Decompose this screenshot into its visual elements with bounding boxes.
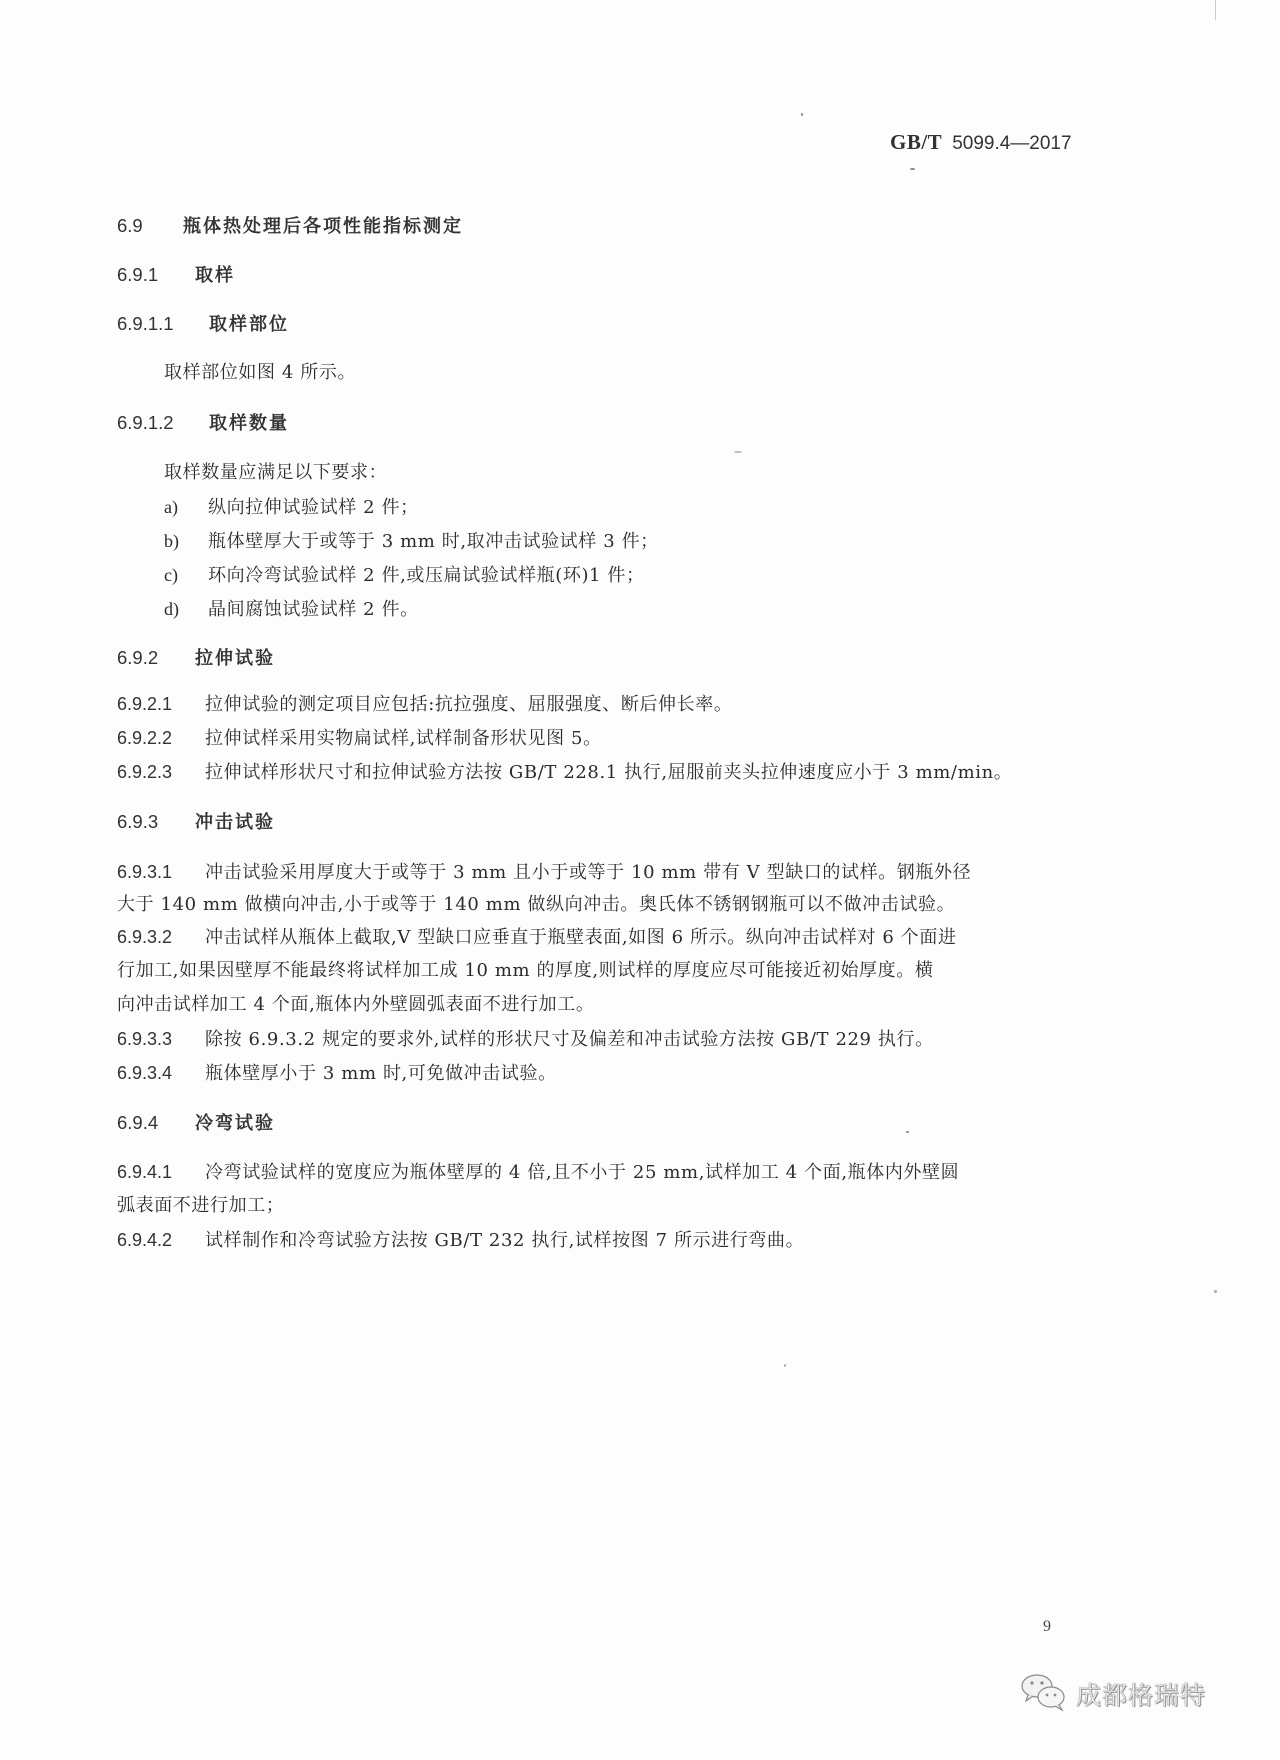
paragraph-sampling-quantity-intro: 取样数量应满足以下要求： bbox=[164, 461, 387, 485]
clause-text: 拉伸试样采用实物扁试样,试样制备形状见图 5。 bbox=[205, 728, 602, 749]
clause-text: 瓶体壁厚小于 3 mm 时,可免做冲击试验。 bbox=[205, 1063, 557, 1084]
clause-title: 取样 bbox=[195, 265, 235, 286]
clause-6-9-3-2-continuation: 行加工,如果因壁厚不能最终将试样加工成 10 mm 的厚度,则试样的厚度应尽可能… bbox=[117, 959, 933, 983]
list-item: a)纵向拉伸试验试样 2 件； bbox=[164, 495, 419, 519]
clause-number: 6.9.3.2 bbox=[117, 925, 205, 949]
clause-6-9-4-1-continuation: 弧表面不进行加工； bbox=[117, 1194, 284, 1218]
clause-6-9-3-1-continuation: 大于 140 mm 做横向冲击,小于或等于 140 mm 做纵向冲击。奥氏体不锈… bbox=[117, 893, 955, 917]
clause-6-9-3-3: 6.9.3.3除按 6.9.3.2 规定的要求外,试样的形状尺寸及偏差和冲击试验… bbox=[117, 1027, 934, 1051]
scan-speck bbox=[910, 168, 915, 170]
clause-number: 6.9.2.2 bbox=[117, 726, 205, 750]
list-item-text: 环向冷弯试验试样 2 件,或压扁试验试样瓶(环)1 件； bbox=[208, 565, 645, 586]
clause-number: 6.9.1 bbox=[117, 263, 195, 287]
heading-6-9-2: 6.9.2拉伸试验 bbox=[117, 646, 275, 670]
scan-edge-mark bbox=[1215, 0, 1216, 20]
watermark: 成都格瑞特 bbox=[1020, 1672, 1206, 1716]
heading-6-9: 6.9瓶体热处理后各项性能指标测定 bbox=[117, 214, 463, 238]
clause-title: 冲击试验 bbox=[195, 812, 275, 833]
clause-text: 冷弯试验试样的宽度应为瓶体壁厚的 4 倍,且不小于 25 mm,试样加工 4 个… bbox=[205, 1162, 959, 1183]
clause-number: 6.9.3.1 bbox=[117, 860, 205, 884]
clause-number: 6.9.3 bbox=[117, 810, 195, 834]
scan-speck bbox=[1214, 1290, 1217, 1293]
clause-6-9-4-2: 6.9.4.2试样制作和冷弯试验方法按 GB/T 232 执行,试样按图 7 所… bbox=[117, 1228, 804, 1252]
list-item-label: b) bbox=[164, 529, 208, 553]
clause-number: 6.9.3.4 bbox=[117, 1061, 205, 1085]
clause-6-9-4-1: 6.9.4.1冷弯试验试样的宽度应为瓶体壁厚的 4 倍,且不小于 25 mm,试… bbox=[117, 1160, 959, 1184]
scan-speck bbox=[801, 113, 803, 116]
clause-number: 6.9.2 bbox=[117, 646, 195, 670]
wechat-icon bbox=[1020, 1672, 1068, 1716]
clause-text: 拉伸试验的测定项目应包括:抗拉强度、屈服强度、断后伸长率。 bbox=[205, 694, 732, 715]
clause-text: 冲击试样从瓶体上截取,V 型缺口应垂直于瓶壁表面,如图 6 所示。纵向冲击试样对… bbox=[205, 927, 957, 948]
list-item-label: c) bbox=[164, 563, 208, 587]
clause-number: 6.9.1.1 bbox=[117, 312, 209, 336]
list-item-text: 瓶体壁厚大于或等于 3 mm 时,取冲击试验试样 3 件； bbox=[208, 531, 659, 552]
clause-6-9-2-1: 6.9.2.1拉伸试验的测定项目应包括:抗拉强度、屈服强度、断后伸长率。 bbox=[117, 692, 732, 716]
watermark-text: 成都格瑞特 bbox=[1076, 1676, 1206, 1712]
clause-6-9-2-2: 6.9.2.2拉伸试样采用实物扁试样,试样制备形状见图 5。 bbox=[117, 726, 602, 750]
list-item-text: 纵向拉伸试验试样 2 件； bbox=[208, 497, 419, 518]
scan-speck bbox=[734, 451, 742, 453]
clause-6-9-3-1: 6.9.3.1冲击试验采用厚度大于或等于 3 mm 且小于或等于 10 mm 带… bbox=[117, 860, 971, 884]
clause-title: 取样数量 bbox=[209, 413, 289, 434]
scan-speck bbox=[906, 1131, 909, 1133]
clause-6-9-3-4: 6.9.3.4瓶体壁厚小于 3 mm 时,可免做冲击试验。 bbox=[117, 1061, 557, 1085]
standard-number: 5099.4—2017 bbox=[952, 133, 1071, 154]
clause-title: 取样部位 bbox=[209, 314, 289, 335]
clause-text: 除按 6.9.3.2 规定的要求外,试样的形状尺寸及偏差和冲击试验方法按 GB/… bbox=[205, 1029, 934, 1050]
clause-number: 6.9.1.2 bbox=[117, 411, 209, 435]
clause-number: 6.9.2.1 bbox=[117, 692, 205, 716]
clause-number: 6.9.4.1 bbox=[117, 1160, 205, 1184]
heading-6-9-1-1: 6.9.1.1取样部位 bbox=[117, 312, 289, 336]
list-item: c)环向冷弯试验试样 2 件,或压扁试验试样瓶(环)1 件； bbox=[164, 563, 645, 587]
clause-number: 6.9.3.3 bbox=[117, 1027, 205, 1051]
scan-speck bbox=[784, 1364, 786, 1367]
standard-code-header: GB/T5099.4—2017 bbox=[890, 130, 1072, 155]
clause-number: 6.9.4.2 bbox=[117, 1228, 205, 1252]
list-item-text: 晶间腐蚀试验试样 2 件。 bbox=[208, 599, 419, 620]
heading-6-9-3: 6.9.3冲击试验 bbox=[117, 810, 275, 834]
paragraph-sampling-location: 取样部位如图 4 所示。 bbox=[164, 361, 356, 385]
clause-6-9-3-2: 6.9.3.2冲击试样从瓶体上截取,V 型缺口应垂直于瓶壁表面,如图 6 所示。… bbox=[117, 925, 957, 949]
clause-title: 冷弯试验 bbox=[195, 1113, 275, 1134]
clause-title: 瓶体热处理后各项性能指标测定 bbox=[183, 216, 463, 237]
heading-6-9-1: 6.9.1取样 bbox=[117, 263, 235, 287]
clause-number: 6.9.2.3 bbox=[117, 760, 205, 784]
clause-number: 6.9 bbox=[117, 214, 183, 238]
heading-6-9-4: 6.9.4冷弯试验 bbox=[117, 1111, 275, 1135]
list-item: b)瓶体壁厚大于或等于 3 mm 时,取冲击试验试样 3 件； bbox=[164, 529, 659, 553]
list-item: d)晶间腐蚀试验试样 2 件。 bbox=[164, 597, 419, 621]
heading-6-9-1-2: 6.9.1.2取样数量 bbox=[117, 411, 289, 435]
list-item-label: a) bbox=[164, 495, 208, 519]
clause-title: 拉伸试验 bbox=[195, 648, 275, 669]
clause-text: 拉伸试样形状尺寸和拉伸试验方法按 GB/T 228.1 执行,屈服前夹头拉伸速度… bbox=[205, 762, 1012, 783]
list-item-label: d) bbox=[164, 597, 208, 621]
clause-number: 6.9.4 bbox=[117, 1111, 195, 1135]
standard-prefix: GB/T bbox=[890, 130, 942, 154]
clause-6-9-3-2-continuation: 向冲击试样加工 4 个面,瓶体内外壁圆弧表面不进行加工。 bbox=[117, 993, 594, 1017]
clause-text: 试样制作和冷弯试验方法按 GB/T 232 执行,试样按图 7 所示进行弯曲。 bbox=[205, 1230, 804, 1251]
clause-6-9-2-3: 6.9.2.3拉伸试样形状尺寸和拉伸试验方法按 GB/T 228.1 执行,屈服… bbox=[117, 760, 1012, 784]
clause-text: 冲击试验采用厚度大于或等于 3 mm 且小于或等于 10 mm 带有 V 型缺口… bbox=[205, 862, 971, 883]
page-number: 9 bbox=[1043, 1618, 1051, 1636]
